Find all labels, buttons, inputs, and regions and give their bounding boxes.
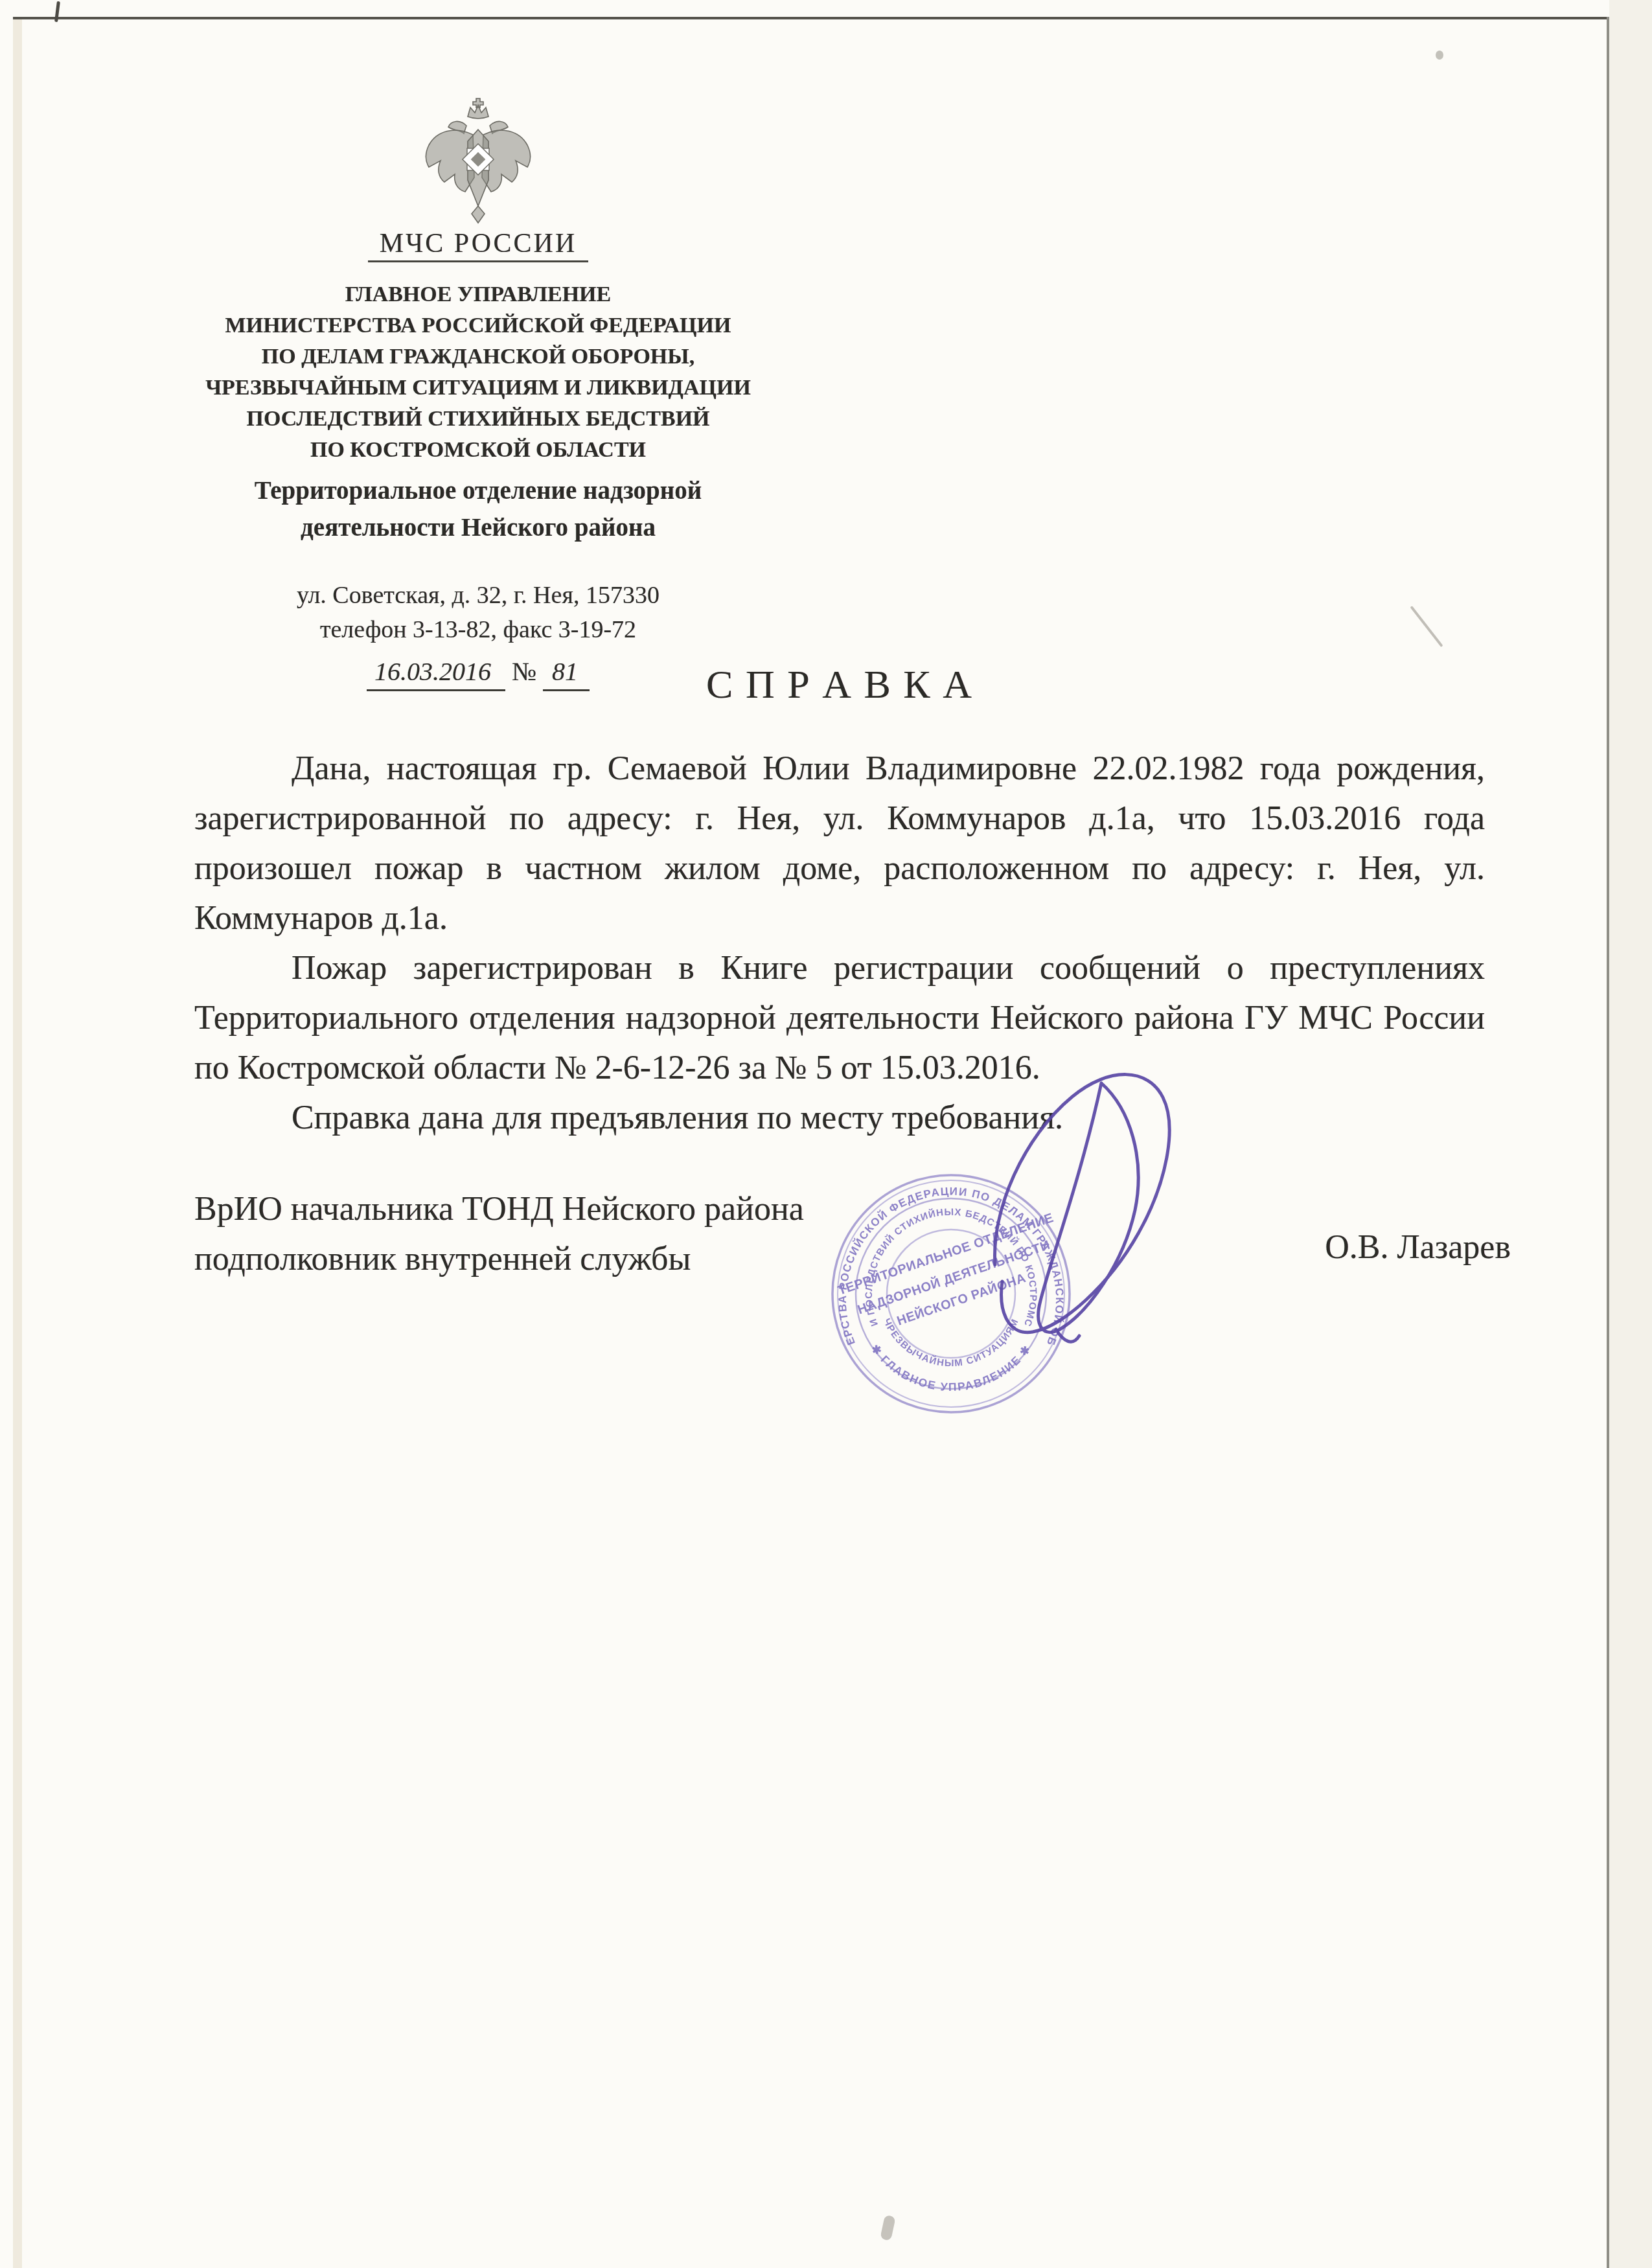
scratch-mark [1410,606,1443,647]
org-line: ГЛАВНОЕ УПРАВЛЕНИЕ [200,279,757,310]
org-full-name: ГЛАВНОЕ УПРАВЛЕНИЕ МИНИСТЕРСТВА РОССИЙСК… [200,279,757,466]
phone-line: телефон 3-13-82, факс 3-19-72 [200,613,757,647]
document-title: С П Р А В К А [194,662,1485,708]
org-line: МИНИСТЕРСТВА РОССИЙСКОЙ ФЕДЕРАЦИИ [200,310,757,341]
org-line: ПОСЛЕДСТВИЙ СТИХИЙНЫХ БЕДСТВИЙ [200,404,757,435]
scan-edge-shadow-left [13,19,22,2268]
letterhead: МЧС РОССИИ ГЛАВНОЕ УПРАВЛЕНИЕ МИНИСТЕРСТ… [200,97,757,687]
org-line: ПО КОСТРОМСКОЙ ОБЛАСТИ [200,435,757,466]
body-paragraph-2: Пожар зарегистрирован в Книге регистраци… [194,943,1485,1093]
org-short-name: МЧС РОССИИ [368,229,589,262]
handwritten-signature [965,1056,1199,1367]
smudge-mark [1436,51,1443,60]
org-line: ПО ДЕЛАМ ГРАЖДАНСКОЙ ОБОРОНЫ, [200,341,757,372]
body-paragraph-3: Справка дана для предъявления по месту т… [194,1093,1485,1143]
scan-edge-line-top [13,17,1609,19]
division-line: Территориальное отделение надзорной [200,472,757,509]
document-body: Дана, настоящая гр. Семаевой Юлии Владим… [194,744,1485,1143]
signature-stroke [995,1075,1170,1333]
mchs-eagle-emblem [421,97,535,225]
division-name: Территориальное отделение надзорной деят… [200,472,757,546]
address-line: ул. Советская, д. 32, г. Нея, 157330 [200,578,757,613]
ink-blob-mark [880,2215,896,2241]
star-of-hope [463,144,494,175]
scan-background-strip [1609,0,1652,2268]
crown [468,105,488,119]
address-block: ул. Советская, д. 32, г. Нея, 157330 тел… [200,578,757,647]
division-line: деятельности Нейского района [200,509,757,546]
org-line: ЧРЕЗВЫЧАЙНЫМ СИТУАЦИЯМ И ЛИКВИДАЦИИ [200,372,757,404]
signature-stroke [1038,1083,1138,1332]
signer-name: О.В. Лазарев [1231,1228,1511,1266]
body-paragraph-1: Дана, настоящая гр. Семаевой Юлии Владим… [194,744,1485,943]
eagle-tail [472,206,485,223]
scan-edge-line-right [1607,17,1609,2268]
